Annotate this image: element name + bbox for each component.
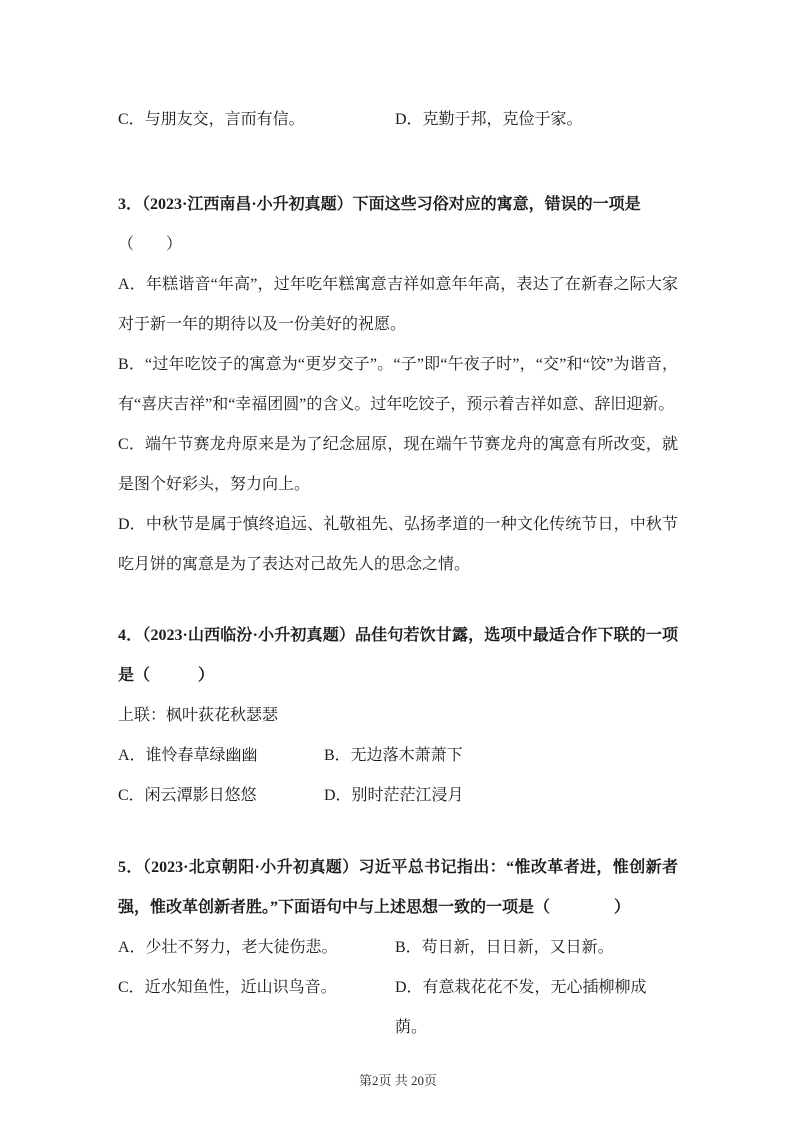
question-4: 4．（2023·山西临汾·小升初真题）品佳句若饮甘露，选项中最适合作下联的一项是… (118, 616, 678, 816)
question-5-option-row-1: A．少壮不努力，老大徒伤悲。 B．苟日新，日日新，又日新。 (118, 928, 678, 968)
question-5-option-d: D．有意栽花花不发，无心插柳柳成荫。 (395, 968, 678, 1048)
question-5: 5．（2023·北京朝阳·小升初真题）习近平总书记指出：“惟改革者进，惟创新者强… (118, 848, 678, 1048)
question-5-option-a: A．少壮不努力，老大徒伤悲。 (118, 928, 395, 968)
question-4-option-d: D．别时茫茫江浸月 (324, 776, 678, 816)
page-number: 第2页 共 20页 (359, 1073, 437, 1088)
question-5-option-row-2: C．近水知鱼性，近山识鸟音。 D．有意栽花花不发，无心插柳柳成荫。 (118, 968, 678, 1048)
prior-question-option-row: C．与朋友交，言而有信。 D．克勤于邦，克俭于家。 (118, 100, 678, 140)
question-3-option-c: C．端午节赛龙舟原来是为了纪念屈原，现在端午节赛龙舟的寓意有所改变，就是图个好彩… (118, 425, 678, 505)
question-4-couplet-first-line: 上联：枫叶荻花秋瑟瑟 (118, 696, 678, 736)
question-4-option-b: B．无边落木萧萧下 (324, 736, 678, 776)
question-3-stem: 3．（2023·江西南昌·小升初真题）下面这些习俗对应的寓意，错误的一项是 (118, 185, 678, 225)
question-4-option-a: A．谁怜春草绿幽幽 (118, 736, 324, 776)
question-3-option-a: A．年糕谐音“年高”，过年吃年糕寓意吉祥如意年年高，表达了在新春之际大家对于新一… (118, 265, 678, 345)
document-page: { "page": { "background_color": "#ffffff… (0, 0, 793, 1122)
question-5-option-c: C．近水知鱼性，近山识鸟音。 (118, 968, 395, 1048)
question-4-stem: 4．（2023·山西临汾·小升初真题）品佳句若饮甘露，选项中最适合作下联的一项是… (118, 616, 678, 696)
question-3: 3．（2023·江西南昌·小升初真题）下面这些习俗对应的寓意，错误的一项是 （ … (118, 185, 678, 585)
question-5-option-b: B．苟日新，日日新，又日新。 (395, 928, 678, 968)
question-3-option-b: B．“过年吃饺子的寓意为“更岁交子”。“子”即“午夜子时”，“交”和“饺”为谐音… (118, 345, 678, 425)
question-3-option-d: D．中秋节是属于慎终追远、礼敬祖先、弘扬孝道的一种文化传统节日，中秋节吃月饼的寓… (118, 505, 678, 585)
question-4-option-row-2: C．闲云潭影日悠悠 D．别时茫茫江浸月 (118, 776, 678, 816)
question-3-answer-blank: （ ） (118, 225, 678, 265)
question-4-option-c: C．闲云潭影日悠悠 (118, 776, 324, 816)
question-4-option-row-1: A．谁怜春草绿幽幽 B．无边落木萧萧下 (118, 736, 678, 776)
prior-question-option-c: C．与朋友交，言而有信。 (118, 100, 395, 140)
page-content: C．与朋友交，言而有信。 D．克勤于邦，克俭于家。 3．（2023·江西南昌·小… (118, 0, 678, 1090)
prior-question-option-d: D．克勤于邦，克俭于家。 (395, 100, 678, 140)
question-5-stem: 5．（2023·北京朝阳·小升初真题）习近平总书记指出：“惟改革者进，惟创新者强… (118, 848, 678, 928)
page-footer: 第2页 共 20页 (118, 1072, 678, 1090)
